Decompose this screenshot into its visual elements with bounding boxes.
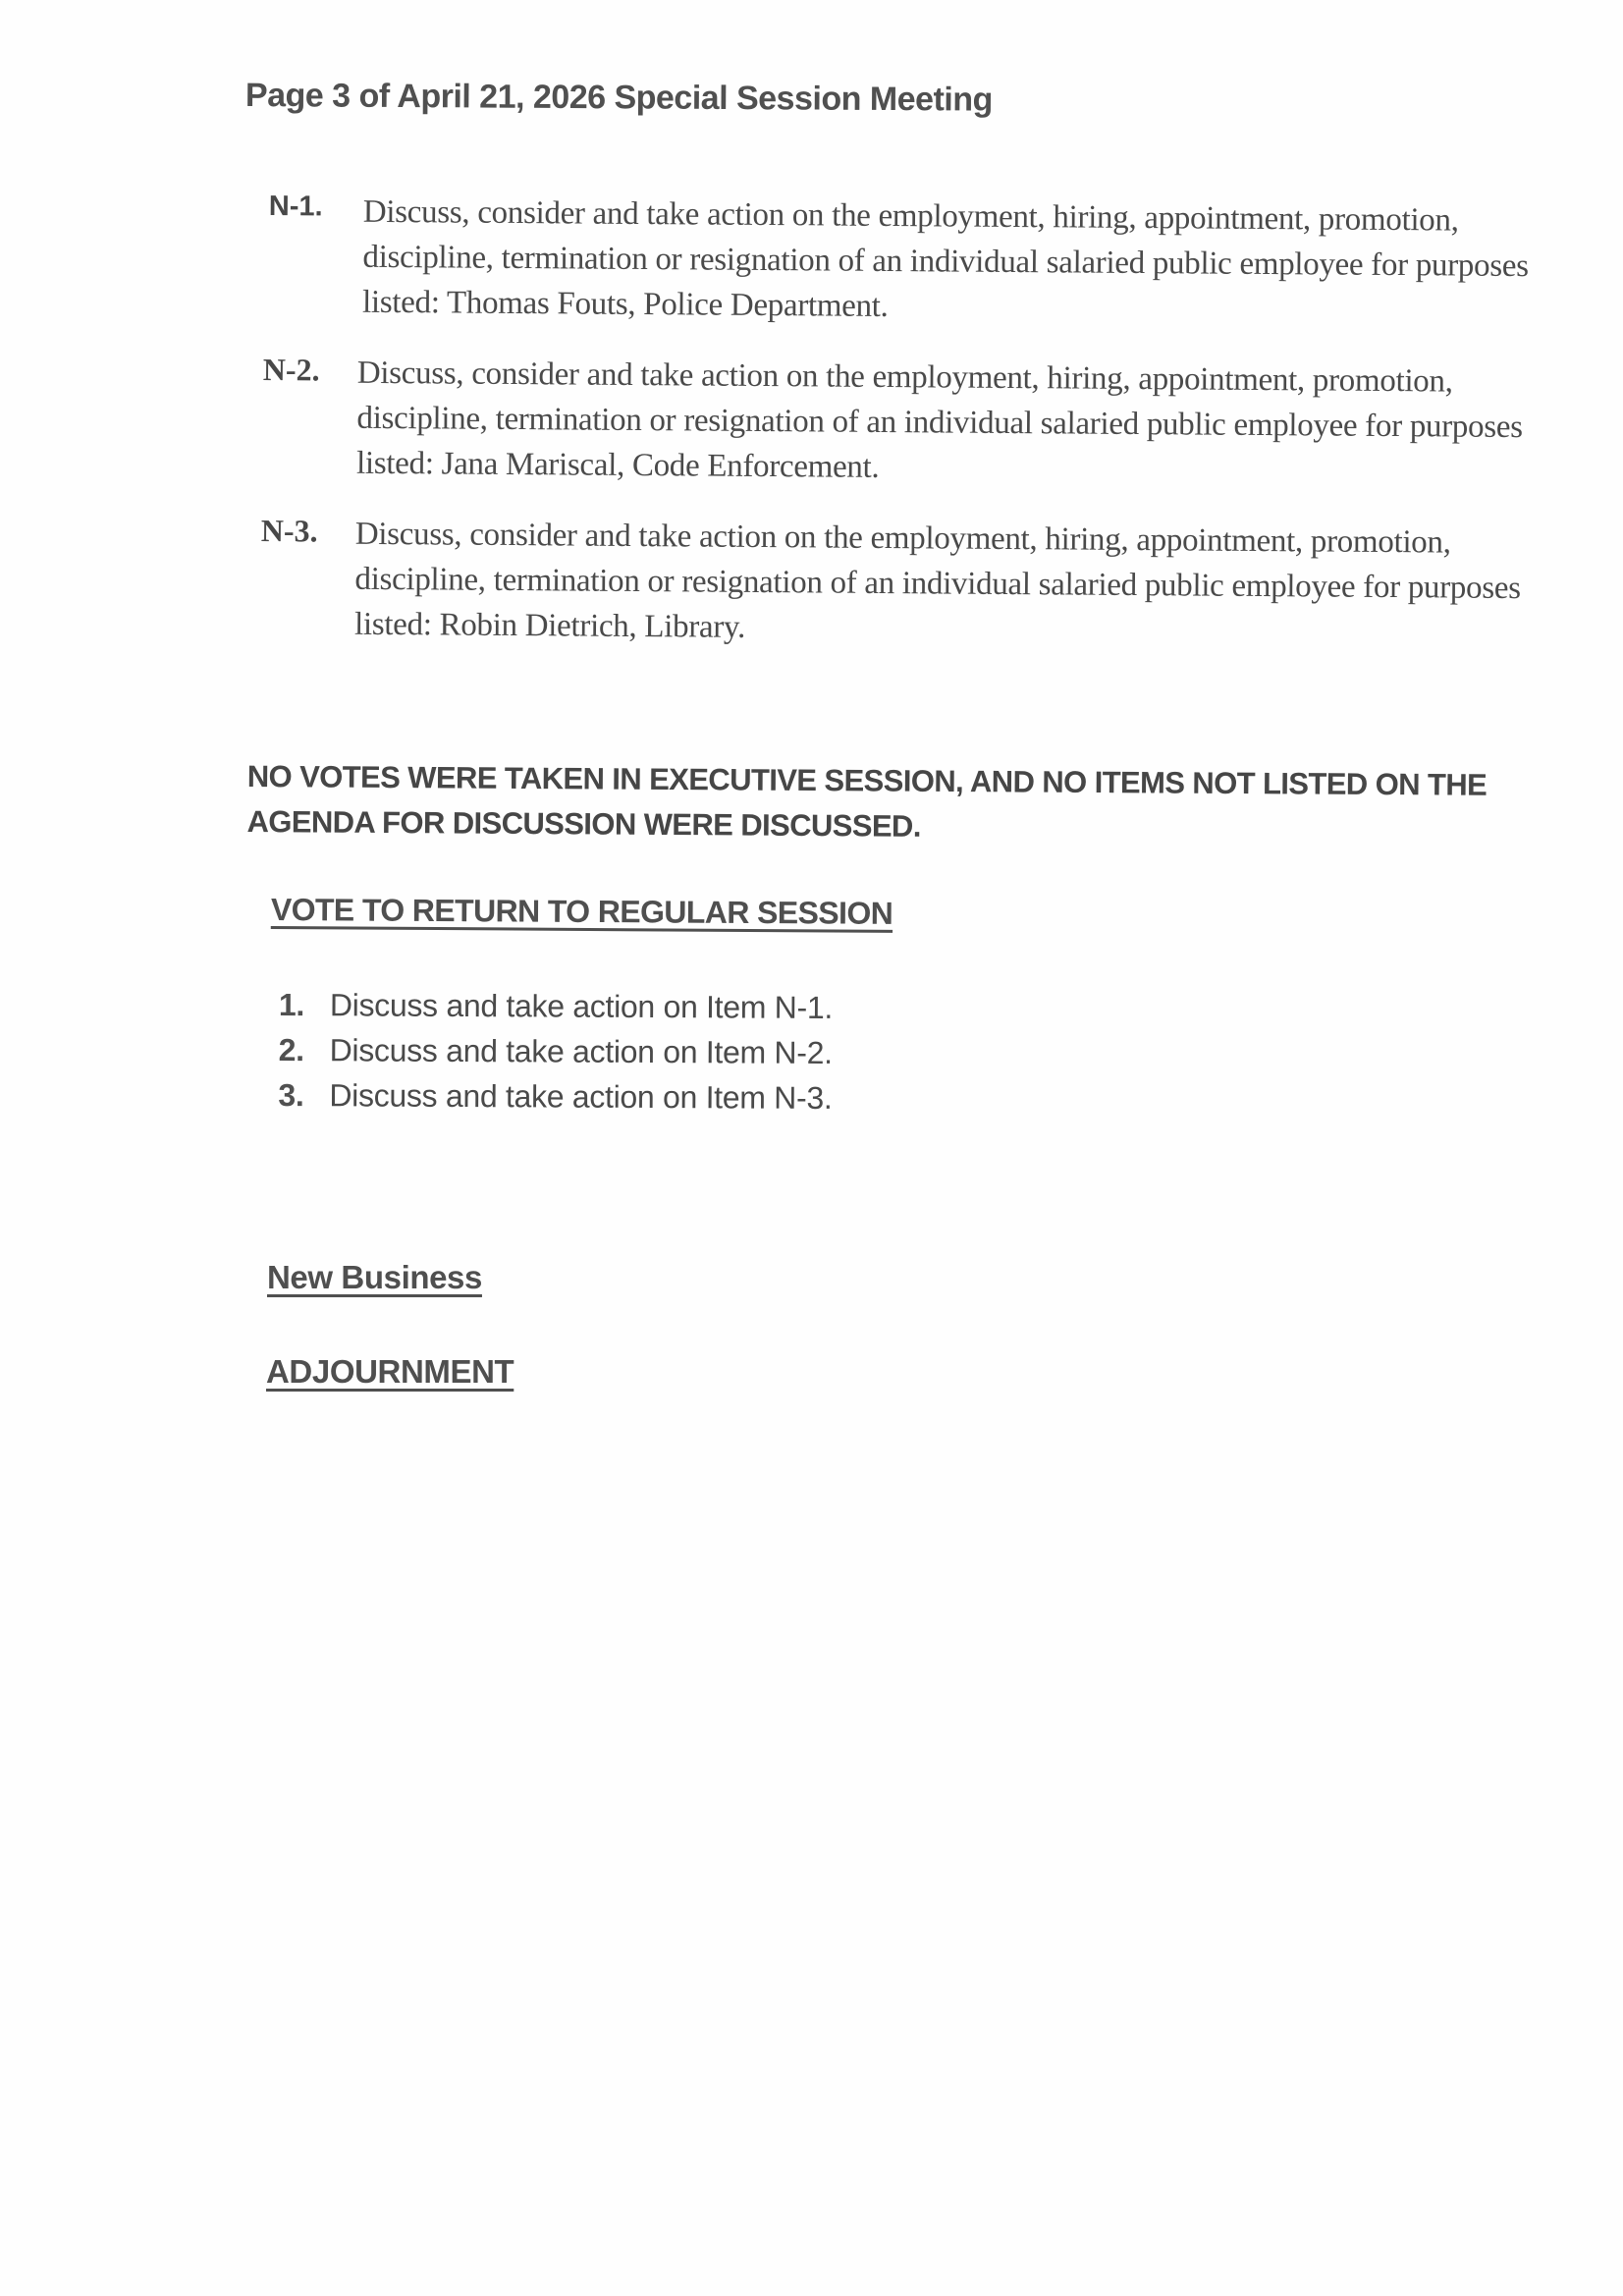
new-business-heading: New Business [267,1259,482,1296]
page-header: Page 3 of April 21, 2026 Special Session… [245,77,993,120]
list-item: 2.Discuss and take action on Item N-2. [279,1027,833,1075]
item-text: Discuss, consider and take action on the… [354,512,1540,656]
item-code: N-1. [269,191,323,223]
vote-section-heading: VOTE TO RETURN TO REGULAR SESSION [271,892,893,932]
executive-session-notice: NO VOTES WERE TAKEN IN EXECUTIVE SESSION… [246,754,1553,853]
list-number: 2. [279,1027,330,1072]
vote-action-list: 1.Discuss and take action on Item N-1. 2… [278,982,833,1121]
agenda-item-n2: N-2. Discuss, consider and take action o… [262,350,1540,495]
adjournment-heading: ADJOURNMENT [266,1353,514,1391]
list-text: Discuss and take action on Item N-1. [330,987,833,1025]
list-text: Discuss and take action on Item N-2. [330,1032,833,1070]
list-item: 3.Discuss and take action on Item N-3. [278,1072,832,1121]
list-item: 1.Discuss and take action on Item N-1. [279,982,833,1030]
document-page: Page 3 of April 21, 2026 Special Session… [0,0,1623,2296]
item-text: Discuss, consider and take action on the… [356,351,1540,495]
item-text: Discuss, consider and take action on the… [362,190,1540,334]
item-code: N-3. [261,513,318,549]
list-text: Discuss and take action on Item N-3. [329,1077,832,1116]
list-number: 3. [278,1072,329,1118]
list-number: 1. [279,982,330,1027]
item-code: N-2. [263,352,320,388]
agenda-item-n3: N-3. Discuss, consider and take action o… [260,511,1540,656]
executive-session-items: N-1. Discuss, consider and take action o… [263,189,1540,672]
agenda-item-n1: N-1. Discuss, consider and take action o… [268,189,1540,334]
